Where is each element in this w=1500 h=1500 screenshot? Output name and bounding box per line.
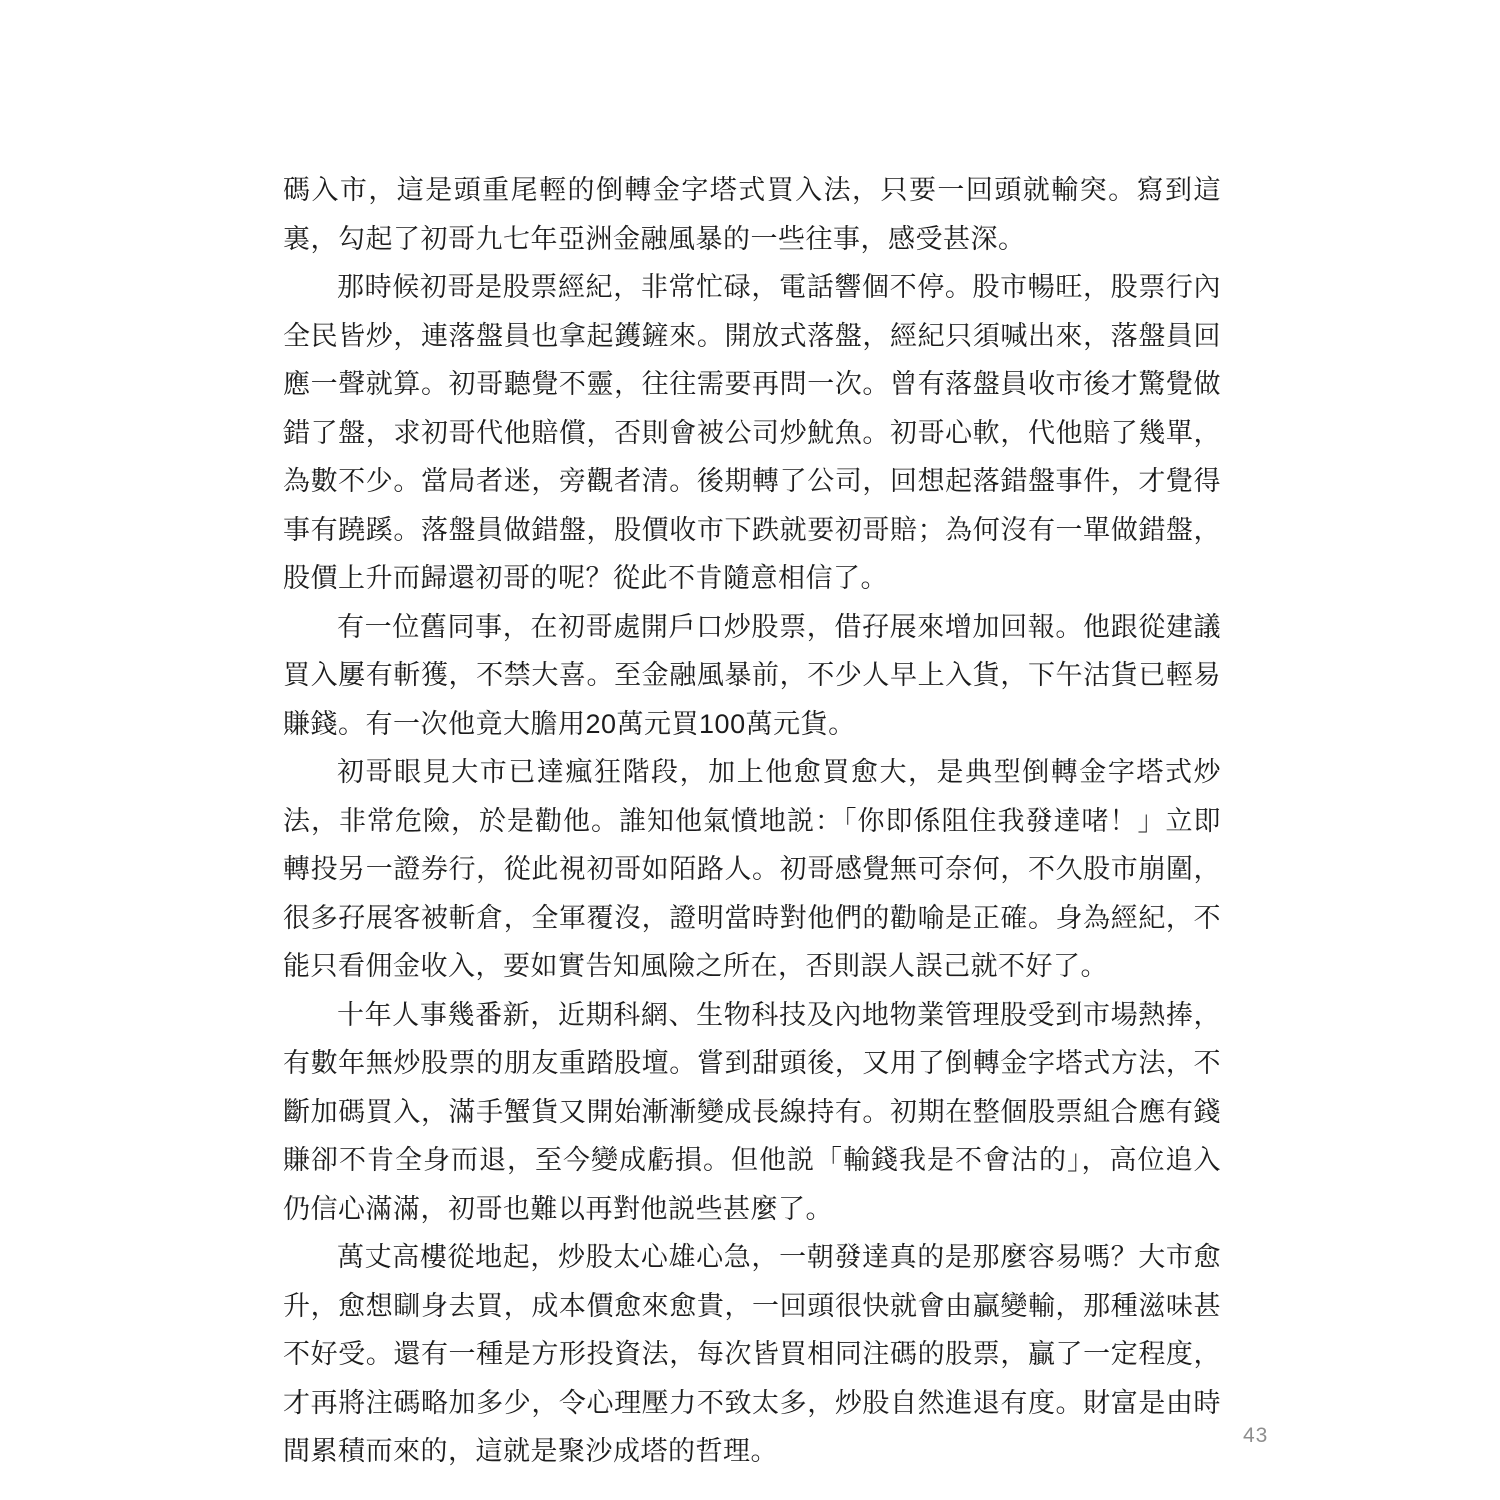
document-page: 碼入市，這是頭重尾輕的倒轉金字塔式買入法，只要一回頭就輸突。寫到這裏，勾起了初哥… xyxy=(0,0,1500,1500)
body-paragraph: 萬丈高樓從地起，炒股太心雄心急，一朝發達真的是那麼容易嗎？大市愈升，愈想瞓身去買… xyxy=(283,1233,1221,1476)
body-paragraph: 十年人事幾番新，近期科網、生物科技及內地物業管理股受到市場熱捧，有數年無炒股票的… xyxy=(283,991,1221,1234)
body-paragraph: 碼入市，這是頭重尾輕的倒轉金字塔式買入法，只要一回頭就輸突。寫到這裏，勾起了初哥… xyxy=(283,166,1221,263)
body-paragraph: 有一位舊同事，在初哥處開戶口炒股票，借孖展來增加回報。他跟從建議買入屢有斬獲，不… xyxy=(283,603,1221,749)
body-text-block: 碼入市，這是頭重尾輕的倒轉金字塔式買入法，只要一回頭就輸突。寫到這裏，勾起了初哥… xyxy=(283,166,1221,1476)
body-paragraph: 那時候初哥是股票經紀，非常忙碌，電話響個不停。股市暢旺，股票行內全民皆炒，連落盤… xyxy=(283,263,1221,603)
page-number: 43 xyxy=(1243,1424,1268,1448)
body-paragraph: 初哥眼見大市已達瘋狂階段，加上他愈買愈大，是典型倒轉金字塔式炒法，非常危險，於是… xyxy=(283,748,1221,991)
